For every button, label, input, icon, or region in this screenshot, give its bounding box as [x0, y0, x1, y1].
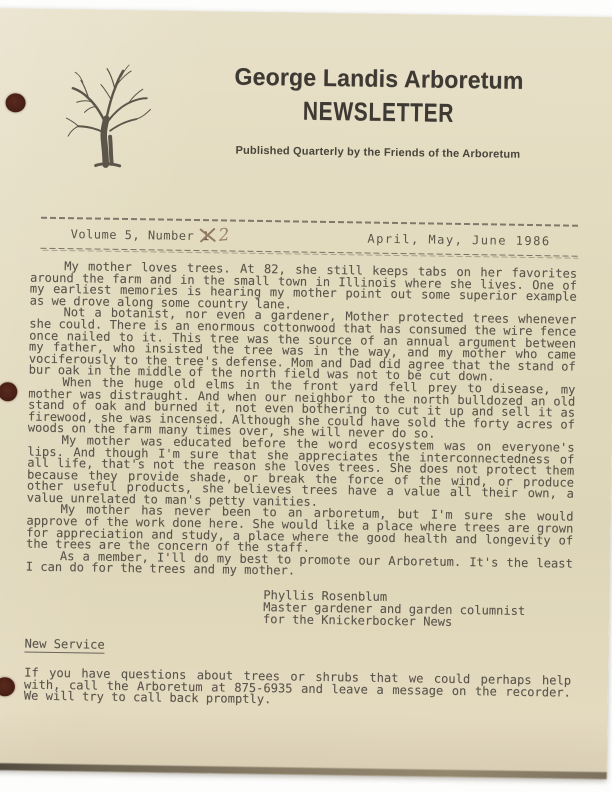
- article-paragraph: When the huge old elms in the front yard…: [28, 376, 576, 442]
- handwritten-issue-number: 2: [218, 225, 231, 246]
- volume-number: Volume 5, Number 1 2: [71, 223, 231, 245]
- volume-label: Volume 5, Number: [71, 227, 195, 243]
- scan-edge-shadow: [0, 763, 607, 779]
- article-body: My mother loves trees. At 82, she still …: [24, 261, 577, 711]
- masthead: George Landis Arboretum NEWSLETTER Publi…: [0, 8, 612, 217]
- section-heading-new-service: New Service: [24, 639, 104, 654]
- article-paragraph: My mother was educated before the word e…: [27, 434, 575, 512]
- issue-date: April, May, June 1986: [367, 232, 550, 249]
- article-paragraph: Not a botanist, nor even a gardener, Mot…: [29, 307, 577, 385]
- paper-sheet: George Landis Arboretum NEWSLETTER Publi…: [0, 8, 612, 779]
- bare-tree-logo-icon: [62, 59, 154, 172]
- issue-band: Volume 5, Number 1 2 April, May, June 19…: [40, 217, 578, 259]
- scanned-newsletter-page: George Landis Arboretum NEWSLETTER Publi…: [0, 0, 612, 792]
- section-body-new-service: If you have questions about trees or shr…: [24, 668, 571, 711]
- hole-punch-middle: [0, 382, 17, 401]
- hole-punch-bottom: [0, 677, 15, 696]
- newsletter-title: George Landis Arboretum: [227, 63, 531, 95]
- crossed-out-number: 1: [202, 229, 210, 243]
- signature-block: Phyllis Rosenblum Master gardener and ga…: [263, 590, 572, 630]
- article-paragraph: As a member, I'll do my best to promote …: [26, 550, 573, 581]
- issue-row: Volume 5, Number 1 2 April, May, June 19…: [41, 223, 579, 251]
- masthead-text: George Landis Arboretum NEWSLETTER Publi…: [220, 63, 537, 161]
- newsletter-tagline: Published Quarterly by the Friends of th…: [220, 144, 536, 161]
- newsletter-subtitle: NEWSLETTER: [252, 95, 505, 130]
